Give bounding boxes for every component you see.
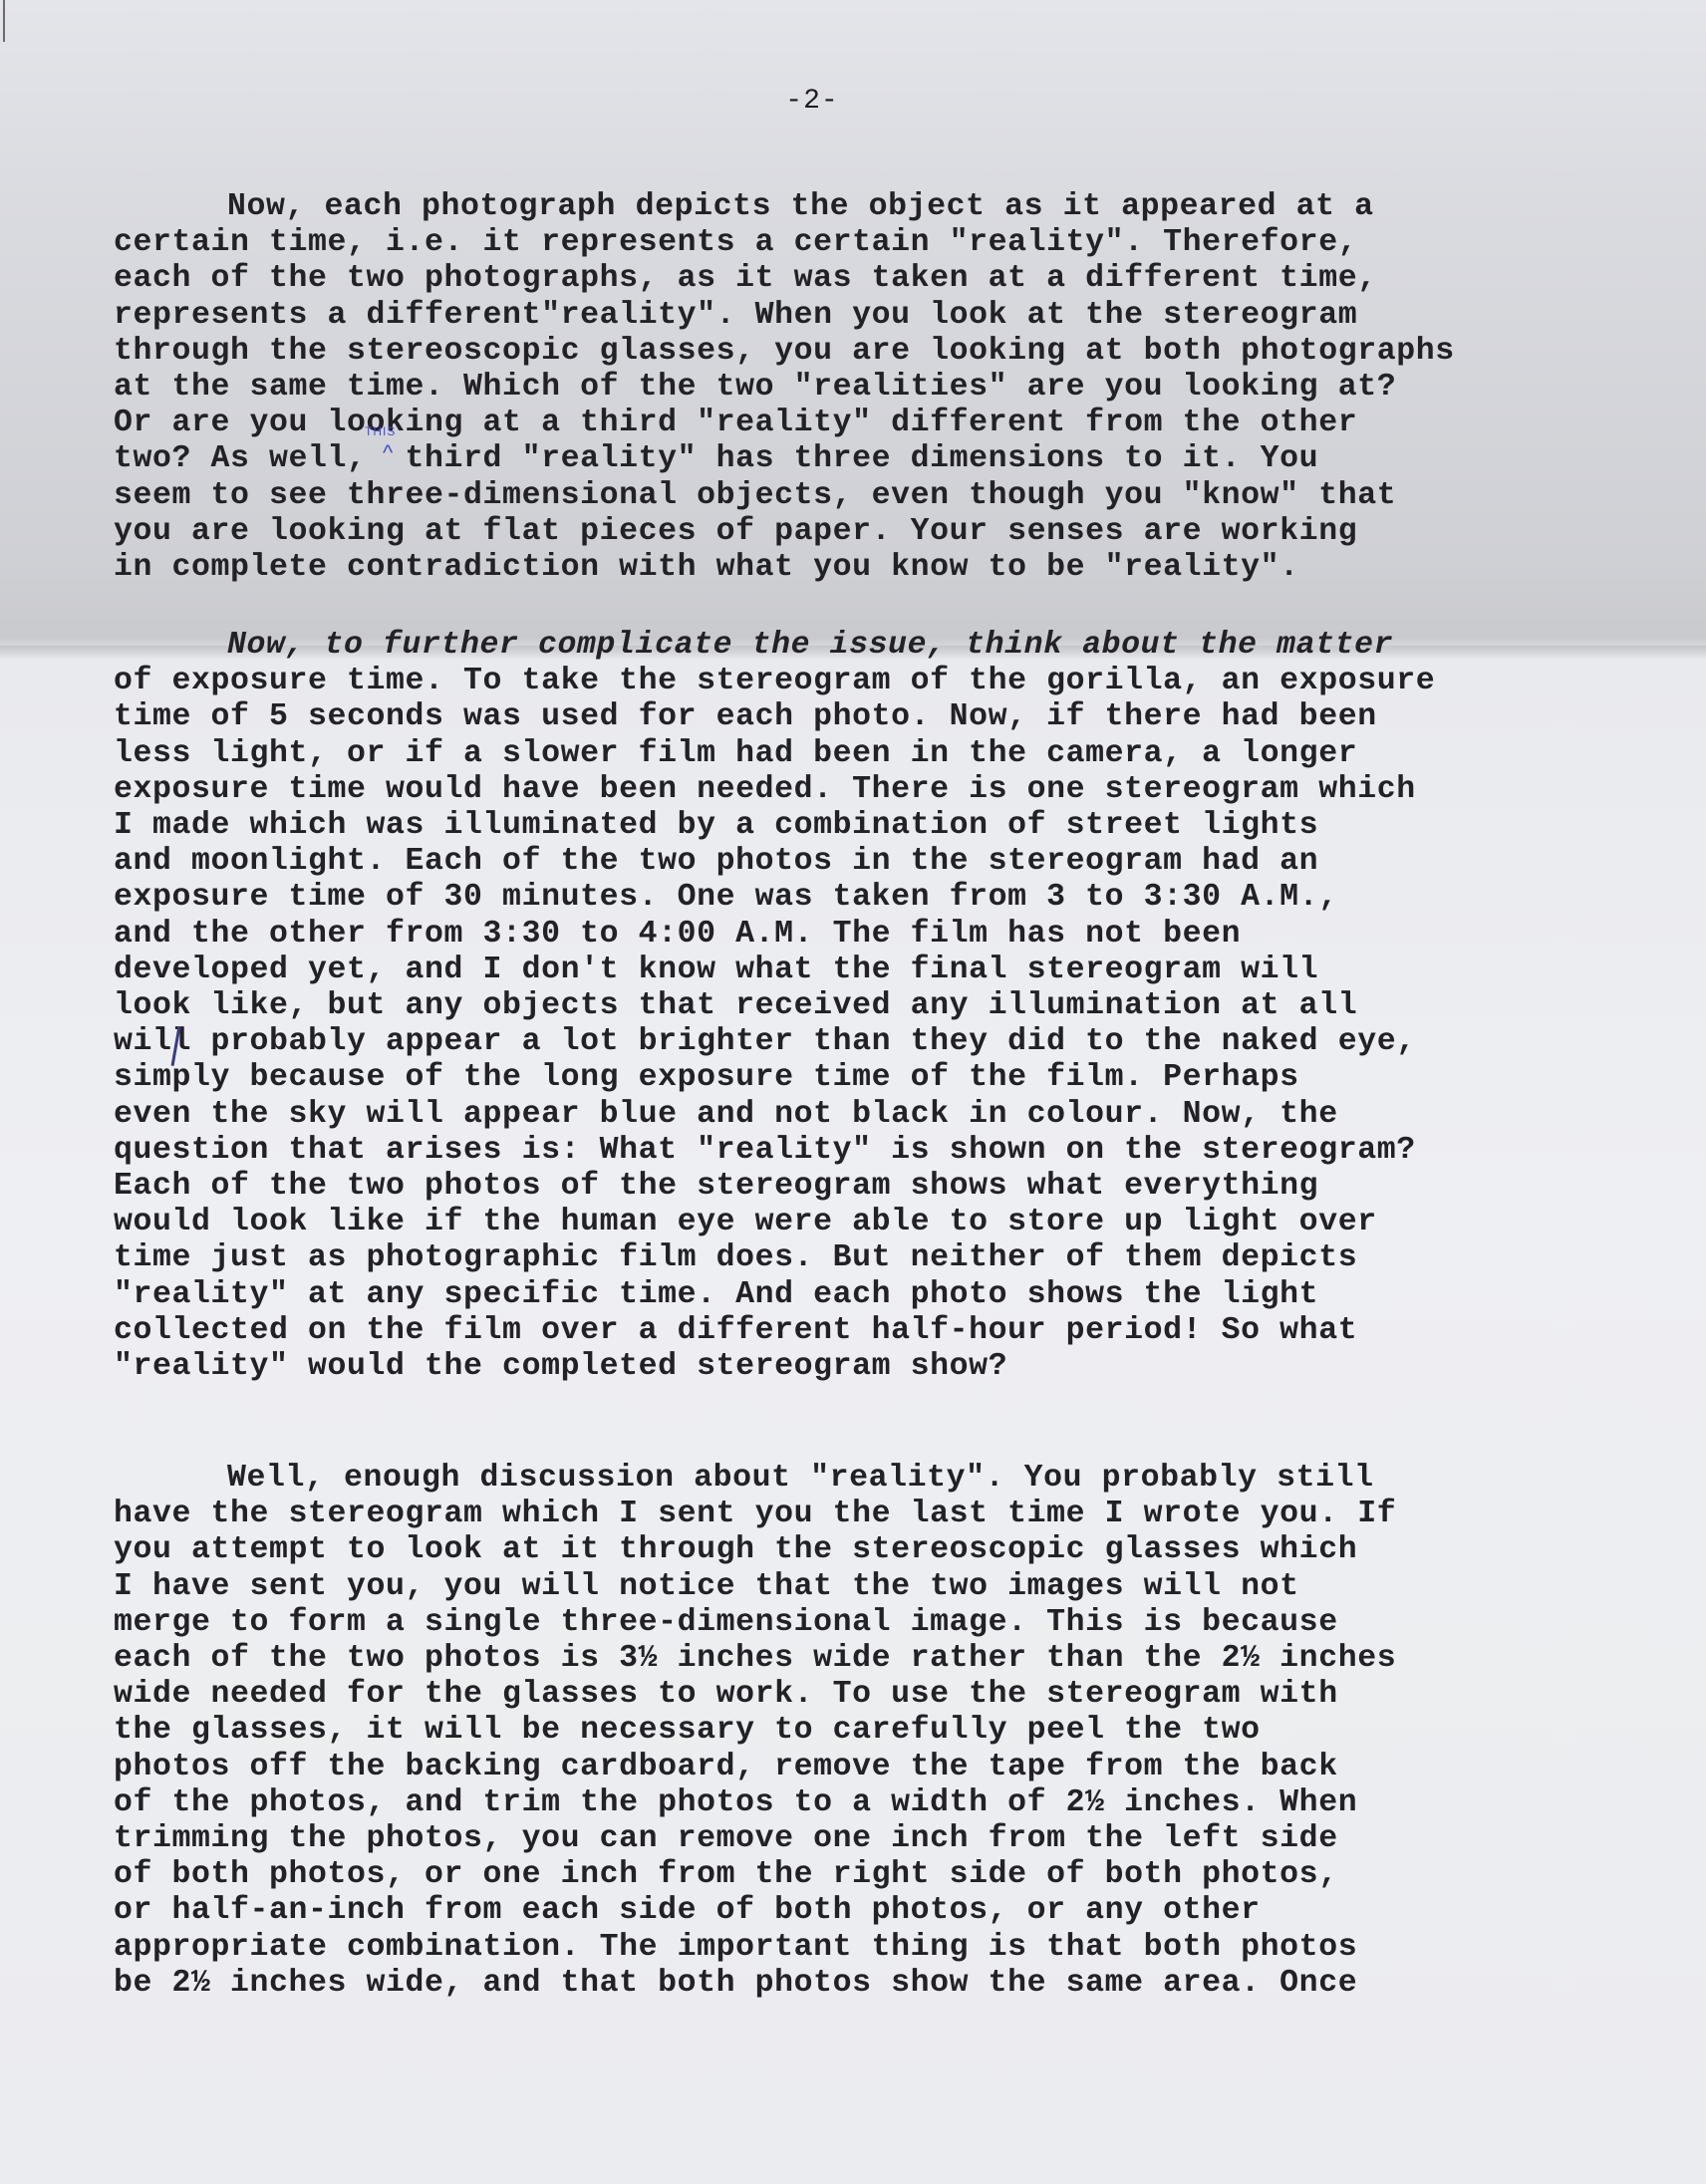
text-line: less light, or if a slower film had been…: [114, 736, 1628, 772]
text-line: exposure time would have been needed. Th…: [114, 772, 1628, 808]
text-line: appropriate combination. The important t…: [114, 1930, 1628, 1966]
text-line: exposure time of 30 minutes. One was tak…: [114, 880, 1628, 916]
text-line: developed yet, and I don't know what the…: [114, 953, 1628, 988]
text-line: or half-an-inch from each side of both p…: [114, 1893, 1628, 1929]
text-line: in complete contradiction with what you …: [114, 550, 1628, 586]
text-line: Or are you looking at a third "reality" …: [114, 406, 1628, 441]
text-line: wide needed for the glasses to work. To …: [114, 1677, 1628, 1713]
text-line: through the stereoscopic glasses, you ar…: [114, 334, 1628, 370]
text-line: trimming the photos, you can remove one …: [114, 1821, 1628, 1857]
text-line: represents a different"reality". When yo…: [114, 298, 1628, 334]
text-line: I made which was illuminated by a combin…: [114, 808, 1628, 844]
text-line: Each of the two photos of the stereogram…: [114, 1169, 1628, 1205]
text-line: you are looking at flat pieces of paper.…: [114, 514, 1628, 550]
text-line: "reality" would the completed stereogram…: [114, 1349, 1628, 1385]
page-number: -2-: [0, 86, 1624, 117]
text-line: I have sent you, you will notice that th…: [114, 1569, 1628, 1605]
text-line: have the stereogram which I sent you the…: [114, 1497, 1628, 1532]
text-line: at the same time. Which of the two "real…: [114, 370, 1628, 406]
paragraph-exposure-time: Now, to further complicate the issue, th…: [114, 628, 1628, 1385]
text-line: seem to see three-dimensional objects, e…: [114, 478, 1628, 514]
text-line: you attempt to look at it through the st…: [114, 1532, 1628, 1568]
text-line: will probably appear a lot brighter than…: [114, 1024, 1628, 1060]
text-line: of the photos, and trim the photos to a …: [114, 1785, 1628, 1821]
text-line: photos off the backing cardboard, remove…: [114, 1750, 1628, 1785]
text-line: each of the two photos is 3½ inches wide…: [114, 1641, 1628, 1677]
text-line: time of 5 seconds was used for each phot…: [114, 699, 1628, 735]
text-line: merge to form a single three-dimensional…: [114, 1605, 1628, 1641]
text-line: time just as photographic film does. But…: [114, 1240, 1628, 1276]
paragraph-reality-of-photographs: Now, each photograph depicts the object …: [114, 189, 1628, 586]
text-line: look like, but any objects that received…: [114, 988, 1628, 1024]
handwritten-caret-mark: ^: [383, 440, 393, 466]
text-line: the glasses, it will be necessary to car…: [114, 1713, 1628, 1749]
text-line: Now, each photograph depicts the object …: [114, 189, 1628, 225]
text-line: certain time, i.e. it represents a certa…: [114, 225, 1628, 261]
text-line: collected on the film over a different h…: [114, 1313, 1628, 1349]
text-line: even the sky will appear blue and not bl…: [114, 1097, 1628, 1133]
text-line: "reality" at any specific time. And each…: [114, 1277, 1628, 1313]
text-line: two? As well, third "reality" has three …: [114, 441, 1628, 477]
text-line: question that arises is: What "reality" …: [114, 1133, 1628, 1169]
text-line: of exposure time. To take the stereogram…: [114, 664, 1628, 699]
paragraph-trimming-instructions: Well, enough discussion about "reality".…: [114, 1461, 1628, 2002]
text-line: Well, enough discussion about "reality".…: [114, 1461, 1628, 1497]
text-line: simply because of the long exposure time…: [114, 1060, 1628, 1096]
page-edge-line: [3, 0, 5, 42]
typewritten-letter-page: -2- Now, each photograph depicts the obj…: [0, 0, 1706, 2184]
handwritten-insertion-this: THIS: [365, 424, 396, 438]
text-line: each of the two photographs, as it was t…: [114, 261, 1628, 297]
text-line: of both photos, or one inch from the rig…: [114, 1857, 1628, 1893]
text-line: Now, to further complicate the issue, th…: [114, 628, 1628, 664]
text-line: and moonlight. Each of the two photos in…: [114, 844, 1628, 880]
text-line: be 2½ inches wide, and that both photos …: [114, 1966, 1628, 2002]
text-line: would look like if the human eye were ab…: [114, 1205, 1628, 1240]
text-line: and the other from 3:30 to 4:00 A.M. The…: [114, 917, 1628, 953]
